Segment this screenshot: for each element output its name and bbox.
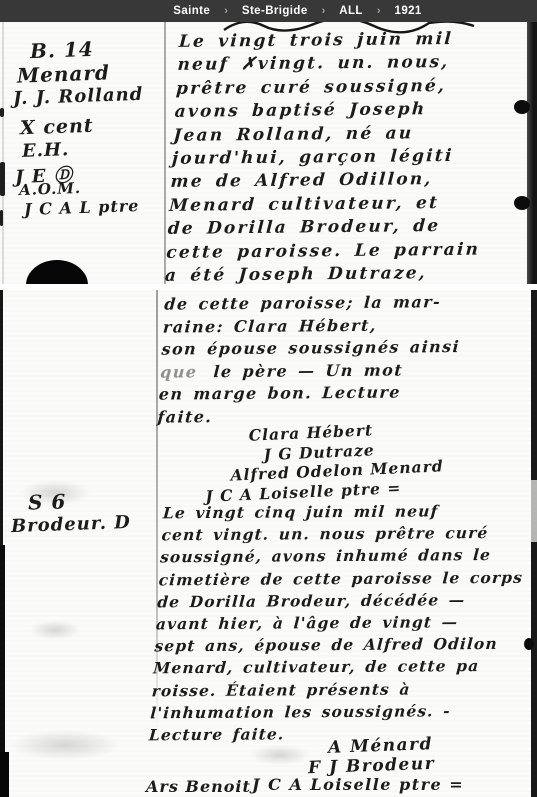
signature: Ars Benoit [146, 777, 251, 796]
handwritten-line: le père — Un mot [213, 360, 404, 381]
scan-fragment-bottom: S 6 Brodeur. D de cette paroisse; la mar… [0, 290, 537, 797]
record-viewer: Sainte › Ste-Brigide › ALL › 1921 B. 14 … [0, 0, 537, 797]
margin-note: X cent [20, 115, 94, 140]
handwritten-line: quele père — Un mot [160, 358, 534, 384]
margin-note: S 6 [28, 489, 67, 514]
margin-note: B. 14 [30, 37, 94, 63]
breadcrumb-item-parish[interactable]: Ste-Brigide [242, 5, 308, 17]
handwritten-line: a été Joseph Dutraze, [164, 261, 522, 284]
margin-note: E.H. [22, 139, 70, 162]
scan-smudge [250, 745, 310, 765]
handwritten-line: avant hier, à l'âge de vingt — [155, 611, 535, 636]
baptism-record-text: Le vingt trois juin mil neuf ✗vingt. un.… [164, 27, 536, 284]
handwritten-line: raine: Clara Hébert, [162, 313, 536, 339]
burial-record-text: Le vingt cinq juin mil neuf cent vingt. … [148, 500, 537, 747]
scan-smudge [30, 620, 80, 640]
baptism-signatures: Clara Hébert J G Dutraze Alfred Odelon M… [180, 417, 444, 506]
handwritten-line: de cette paroisse; la mar- [164, 290, 537, 316]
baptism-record-continuation: de cette paroisse; la mar- raine: Clara … [157, 290, 537, 429]
handwritten-line: sept ans, épouse de Alfred Odilon [154, 633, 534, 658]
margin-note: J C A L ptre [24, 196, 140, 219]
margin-note: Menard [17, 60, 111, 87]
edge-speck [0, 108, 4, 117]
handwritten-line: en marge bon. Lecture [158, 381, 532, 407]
breadcrumb-item-collection[interactable]: Sainte [173, 5, 210, 17]
chevron-right-icon: › [377, 5, 381, 17]
handwritten-line: Menard, cultivateur, de cette pa [152, 655, 532, 680]
handwritten-line: Le vingt cinq juin mil neuf [162, 500, 537, 525]
handwritten-line: cent vingt. un. nous prêtre curé [161, 522, 537, 547]
handwritten-line: cette paroisse. Le parrain [166, 238, 524, 265]
edge-shadow [0, 752, 9, 797]
handwritten-line: l'inhumation les soussignés. - [150, 700, 530, 725]
breadcrumb-item-year[interactable]: 1921 [395, 5, 422, 17]
breadcrumb: Sainte › Ste-Brigide › ALL › 1921 [0, 0, 537, 22]
margin-note: A.O.M. [19, 179, 82, 199]
margin-note: Brodeur. D [11, 512, 131, 537]
signature: J C A Loiselle ptre = [252, 775, 464, 794]
ink-blot [26, 260, 88, 284]
edge-speck [0, 210, 3, 226]
scan-smudge [10, 730, 120, 760]
handwritten-line: roisse. Étaient présents à [151, 677, 531, 702]
margin-rule-line [164, 22, 166, 284]
edge-speck [0, 162, 5, 196]
handwritten-line: de Dorilla Brodeur, décédée — [157, 588, 537, 613]
breadcrumb-item-record-type[interactable]: ALL [339, 5, 363, 17]
handwritten-line: son épouse soussignés ainsi [161, 336, 535, 362]
page-left-edge [2, 22, 4, 284]
scan-fragment-top: B. 14 Menard J. J. Rolland X cent E.H. J… [0, 22, 537, 284]
chevron-right-icon: › [322, 5, 326, 17]
handwritten-line: cimetière de cette paroisse le corps [158, 566, 537, 591]
margin-note: J. J. Rolland [13, 84, 144, 110]
handwritten-line: soussigné, avons inhumé dans le [159, 544, 537, 569]
struck-word: que [160, 362, 198, 381]
breadcrumb-trail: Sainte › Ste-Brigide › ALL › 1921 [173, 5, 421, 17]
chevron-right-icon: › [224, 5, 228, 17]
